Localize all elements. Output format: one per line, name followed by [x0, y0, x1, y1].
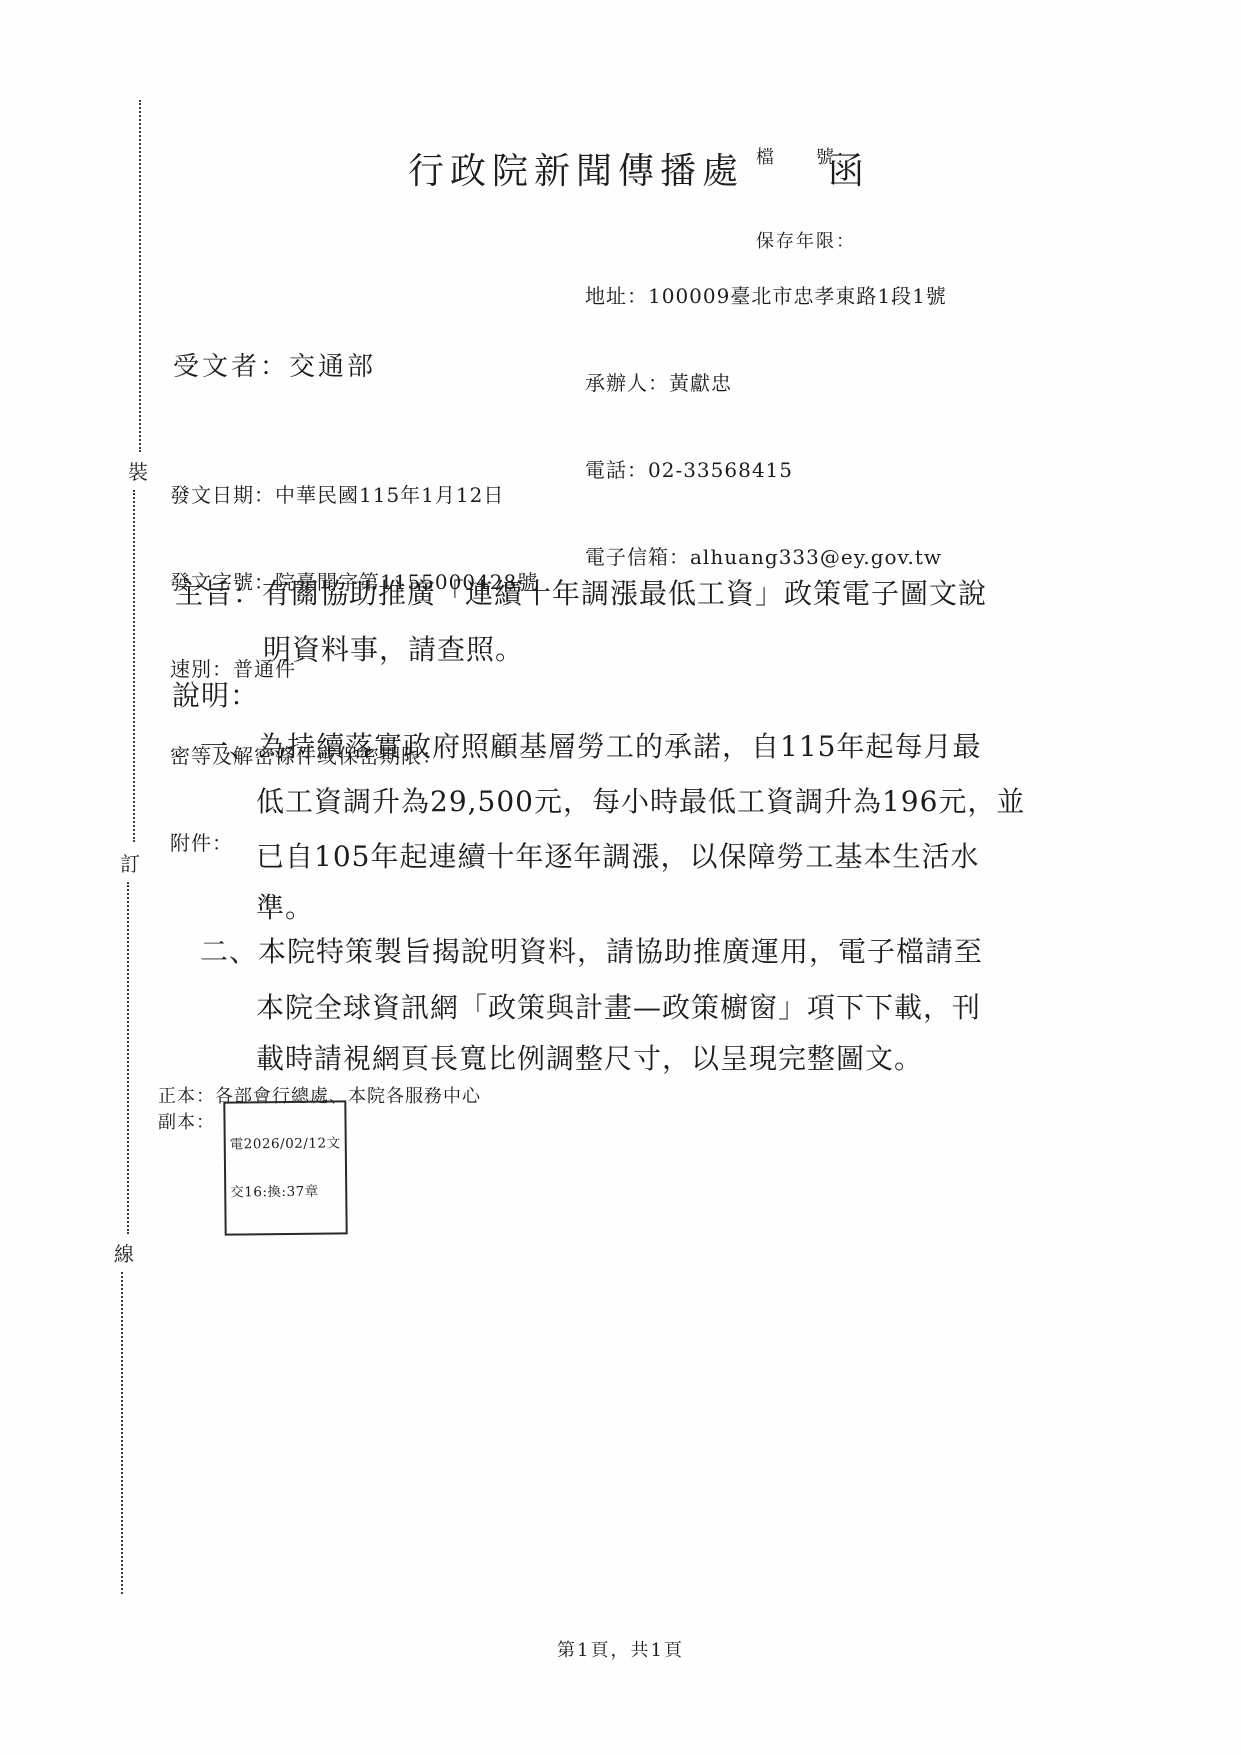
- scanned-official-letter: 裝 訂 線 檔 號： 保存年限： 行政院新聞傳播處 函 地址：100009臺北市…: [0, 0, 1241, 1755]
- subject-line-2: 明資料事，請查照。: [263, 628, 524, 668]
- explanation-item1-line4: 準。: [256, 886, 314, 926]
- sender-contact-person: 承辦人：黃獻忠: [585, 369, 947, 398]
- binding-margin-char-ding: 訂: [118, 848, 142, 877]
- binding-margin-char-zhuang: 裝: [126, 456, 150, 485]
- recipient-line: 受文者：交通部: [173, 346, 376, 383]
- binding-margin-char-xian: 線: [112, 1238, 136, 1267]
- copy-cc-line: 副本：: [158, 1108, 215, 1134]
- binding-margin-line-segment: [121, 1272, 123, 1594]
- explanation-item2-line1: 二、本院特策製旨揭說明資料，請協助推廣運用，電子檔請至: [200, 930, 983, 970]
- explanation-heading: 說明：: [172, 674, 259, 714]
- electronic-exchange-stamp: 電2026/02/12文 交16:換:37章: [223, 1100, 347, 1235]
- explanation-item2-line2: 本院全球資訊網「政策與計畫—政策櫥窗」項下下載，刊: [256, 986, 981, 1026]
- binding-margin-line-segment: [139, 100, 141, 452]
- stamp-line-1: 電2026/02/12文: [230, 1135, 341, 1152]
- sender-contact-block: 地址：100009臺北市忠孝東路1段1號 承辦人：黃獻忠 電話：02-33568…: [585, 224, 947, 630]
- issue-date: 發文日期：中華民國115年1月12日: [170, 481, 538, 510]
- document-title: 行政院新聞傳播處 函: [408, 143, 870, 194]
- explanation-item1-line1: 一、為持續落實政府照顧基層勞工的承諾，自115年起每月最: [200, 725, 981, 765]
- page-number-footer: 第1頁，共1頁: [0, 1636, 1241, 1662]
- sender-phone: 電話：02-33568415: [585, 456, 947, 485]
- sender-email: 電子信箱：alhuang333@ey.gov.tw: [585, 543, 947, 572]
- sender-address: 地址：100009臺北市忠孝東路1段1號: [585, 282, 947, 311]
- explanation-item1-line3: 已自105年起連續十年逐年調漲，以保障勞工基本生活水: [256, 835, 979, 875]
- subject-line-1: 主旨：有關協助推廣「連續十年調漲最低工資」政策電子圖文說: [175, 572, 987, 612]
- binding-margin-line-segment: [133, 490, 135, 842]
- binding-margin-line-segment: [127, 882, 129, 1234]
- explanation-item1-line2: 低工資調升為29,500元，每小時最低工資調升為196元，並: [256, 780, 1025, 820]
- stamp-line-2: 交16:換:37章: [230, 1183, 341, 1200]
- explanation-item2-line3: 載時請視網頁長寬比例調整尺寸，以呈現完整圖文。: [256, 1037, 923, 1077]
